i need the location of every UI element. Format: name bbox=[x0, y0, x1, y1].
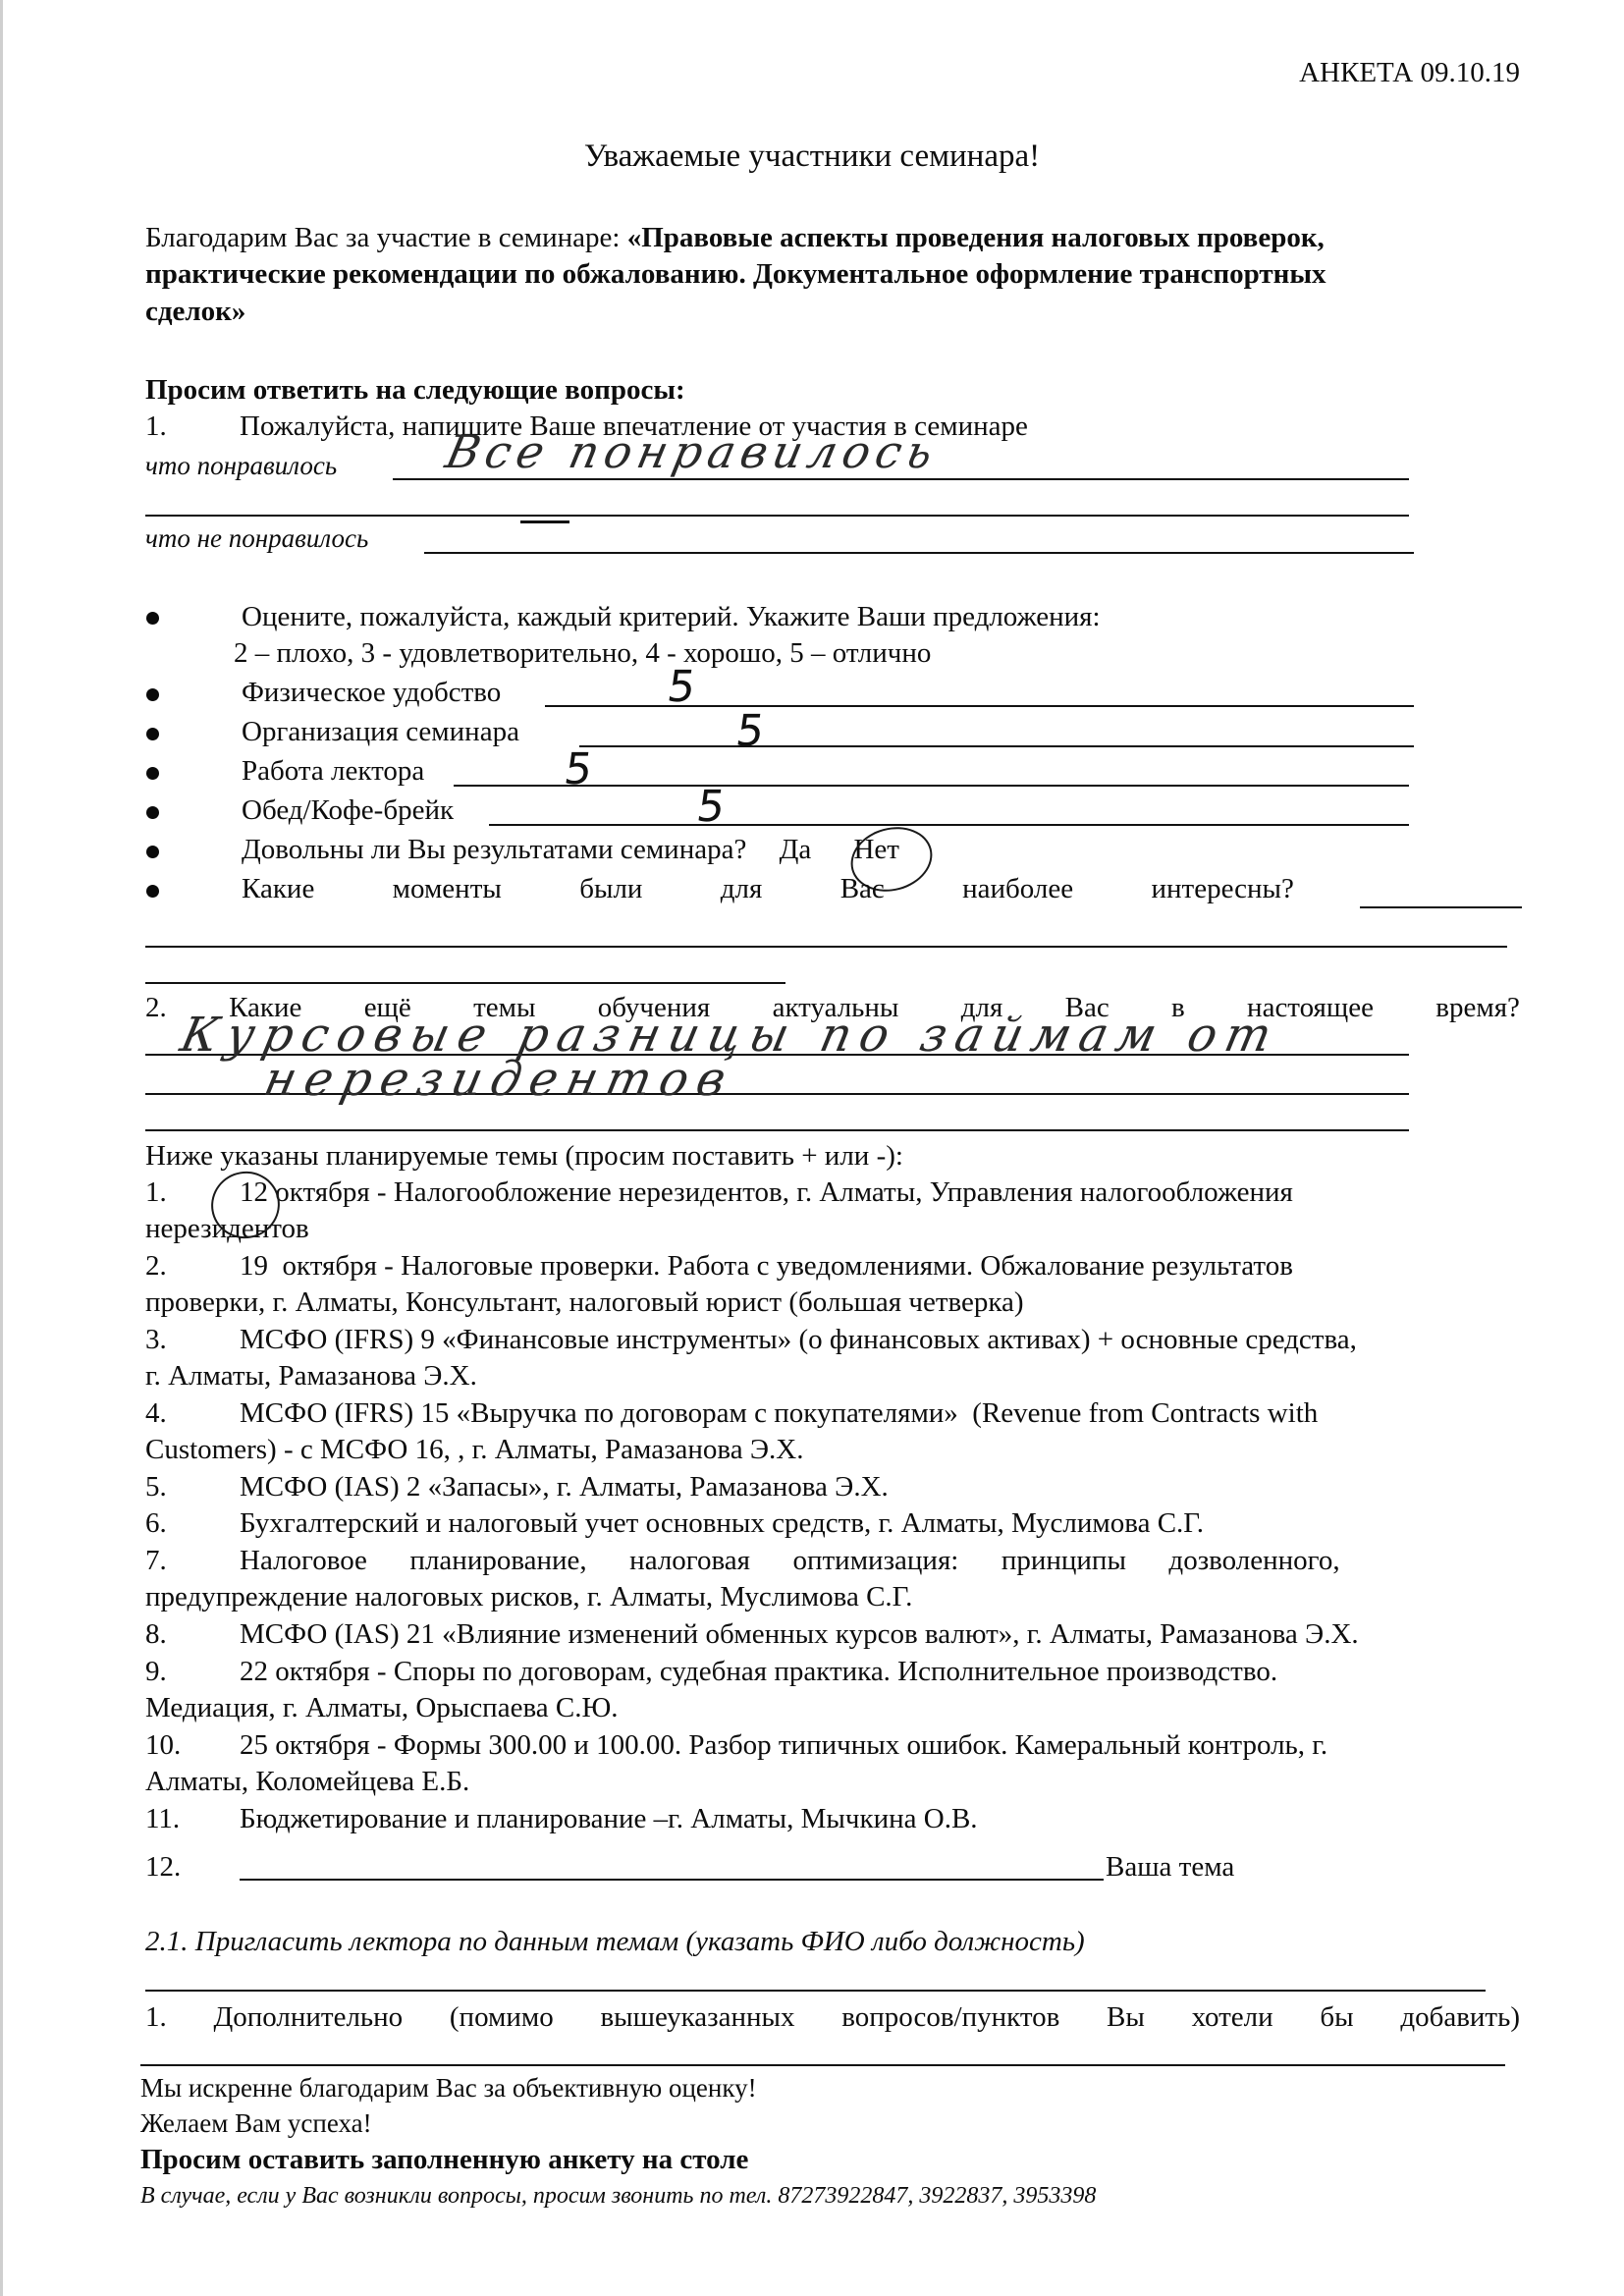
word: Вас bbox=[840, 875, 885, 903]
bullet-icon bbox=[146, 885, 159, 898]
questions-heading: Просим ответить на следующие вопросы: bbox=[145, 376, 685, 405]
word: хотели bbox=[1192, 2003, 1273, 2032]
topic-text-continued: Customers) - с МСФО 16, , г. Алматы, Рам… bbox=[145, 1436, 803, 1464]
page-title: Уважаемые участники семинара! bbox=[0, 140, 1624, 173]
topic-line: 9.22 октября - Споры по договорам, судеб… bbox=[145, 1658, 1520, 1686]
word: вышеуказанных bbox=[600, 2003, 794, 2032]
planned-heading: Ниже указаны планируемые темы (просим по… bbox=[145, 1142, 903, 1171]
bullet-icon bbox=[146, 806, 159, 819]
own-topic-field[interactable] bbox=[240, 1879, 1104, 1881]
q1-number: 1. bbox=[145, 412, 240, 441]
ratings-intro: Оцените, пожалуйста, каждый критерий. Ук… bbox=[242, 603, 1101, 631]
word: для bbox=[721, 875, 763, 903]
topic-text: МСФО (IAS) 21 «Влияние изменений обменны… bbox=[240, 1618, 1359, 1650]
interesting-question: Какие моменты были для Вас наиболее инте… bbox=[242, 875, 1294, 903]
topic-text: МСФО (IFRS) 15 «Выручка по договорам с п… bbox=[240, 1397, 1318, 1429]
topic-text-continued: проверки, г. Алматы, Консультант, налого… bbox=[145, 1288, 1024, 1317]
word: были bbox=[579, 875, 642, 903]
topic-text-continued: предупреждение налоговых рисков, г. Алма… bbox=[145, 1583, 912, 1612]
additional-question: 1. Дополнительно (помимо вышеуказанных в… bbox=[145, 2003, 1520, 2032]
topic-number: 8. bbox=[145, 1620, 240, 1649]
thanks-text: Мы искренне благодарим Вас за объективну… bbox=[140, 2075, 757, 2102]
q2-answer-line-2: нерезидентов bbox=[260, 1056, 738, 1103]
topic-number: 6. bbox=[145, 1509, 240, 1538]
seminar-title-line-3: сделок» bbox=[145, 298, 245, 326]
own-topic-label: Ваша тема bbox=[1106, 1853, 1234, 1882]
topic-text: МСФО (IAS) 2 «Запасы», г. Алматы, Рамаза… bbox=[240, 1471, 889, 1503]
topic-line: 3.МСФО (IFRS) 9 «Финансовые инструменты»… bbox=[145, 1326, 1520, 1354]
topic-line: 7.Налоговое планирование, налоговая опти… bbox=[145, 1547, 1520, 1575]
interesting-field-line-2[interactable] bbox=[145, 946, 1507, 948]
word: наиболее bbox=[962, 875, 1073, 903]
word: Какие bbox=[242, 875, 314, 903]
rating-label-organization: Организация семинара bbox=[242, 718, 519, 746]
topic-text-continued: Алматы, Коломейцева Е.Б. bbox=[145, 1768, 469, 1796]
word: Дополнительно bbox=[213, 2003, 403, 2032]
contact-info: В случае, если у Вас возникли вопросы, п… bbox=[140, 2184, 1096, 2208]
topic-line: 10.25 октября - Формы 300.00 и 100.00. Р… bbox=[145, 1731, 1520, 1760]
q2-number-text: 2. bbox=[145, 992, 167, 1023]
rating-value-lecturer: 5 bbox=[562, 748, 598, 792]
rating-value-organization: 5 bbox=[733, 710, 770, 753]
rating-value-lunch: 5 bbox=[694, 786, 731, 829]
topic-number: 4. bbox=[145, 1399, 240, 1428]
disliked-label: что не понравилось bbox=[145, 525, 368, 552]
interesting-field[interactable] bbox=[1360, 906, 1522, 908]
topic-text: 22 октября - Споры по договорам, судебна… bbox=[240, 1656, 1277, 1687]
bullet-icon bbox=[146, 688, 159, 701]
topic-text-continued: г. Алматы, Рамазанова Э.Х. bbox=[145, 1362, 477, 1391]
topic-number: 11. bbox=[145, 1805, 240, 1833]
topic-line: 6.Бухгалтерский и налоговый учет основны… bbox=[145, 1509, 1520, 1538]
q2-1-field[interactable] bbox=[145, 1990, 1486, 1992]
q2-number: 2. bbox=[145, 994, 167, 1022]
word: добавить) bbox=[1400, 2003, 1520, 2032]
leave-note: Просим оставить заполненную анкету на ст… bbox=[140, 2146, 748, 2174]
word: время? bbox=[1435, 994, 1520, 1022]
liked-label: что понравилось bbox=[145, 453, 337, 479]
topic-text: Бюджетирование и планирование –г. Алматы… bbox=[240, 1803, 978, 1834]
option-yes[interactable]: Да bbox=[780, 834, 812, 865]
topic-line: 4.МСФО (IFRS) 15 «Выручка по договорам с… bbox=[145, 1399, 1520, 1428]
rating-field-lunch[interactable] bbox=[489, 824, 1409, 826]
ratings-scale: 2 – плохо, 3 - удовлетворительно, 4 - хо… bbox=[234, 639, 931, 668]
satisfied-question: Довольны ли Вы результатами семинара? Да… bbox=[242, 836, 899, 864]
bullet-icon bbox=[146, 612, 159, 625]
seminar-title: «Правовые аспекты проведения налоговых п… bbox=[627, 222, 1325, 253]
q2-1-question: 2.1. Пригласить лектора по данным темам … bbox=[145, 1928, 1085, 1956]
word: интересны? bbox=[1151, 875, 1293, 903]
scan-edge bbox=[0, 0, 3, 2296]
word: (помимо bbox=[450, 2003, 554, 2032]
topic-number: 9. bbox=[145, 1658, 240, 1686]
topic-text-continued: Медиация, г. Алматы, Орыспаева С.Ю. bbox=[145, 1694, 619, 1722]
disliked-field[interactable] bbox=[424, 552, 1414, 554]
rating-value-physical: 5 bbox=[665, 666, 701, 709]
topic-line: 11.Бюджетирование и планирование –г. Алм… bbox=[145, 1805, 1520, 1833]
seminar-title-line-2: практические рекомендации по обжалованию… bbox=[145, 260, 1326, 289]
additional-number: 1. bbox=[145, 2003, 167, 2032]
bullet-icon bbox=[146, 767, 159, 780]
word: вопросов/пунктов bbox=[841, 2003, 1059, 2032]
form-id: АНКЕТА 09.10.19 bbox=[1299, 59, 1520, 87]
topic-number: 3. bbox=[145, 1326, 240, 1354]
liked-answer: Все понравилось bbox=[442, 429, 943, 474]
intro-line-1: Благодарим Вас за участие в семинаре: «П… bbox=[145, 224, 1325, 252]
q2-field-line-3[interactable] bbox=[145, 1129, 1409, 1131]
interesting-field-line-3[interactable] bbox=[145, 982, 785, 984]
pen-mark bbox=[520, 520, 569, 523]
topic-line: 1.12 октября - Налогообложение нерезиден… bbox=[145, 1178, 1520, 1207]
topic-text: 12 октября - Налогообложение нерезиденто… bbox=[240, 1176, 1293, 1208]
topic-number: 2. bbox=[145, 1252, 240, 1281]
word: Вы bbox=[1107, 2003, 1145, 2032]
rating-field-lecturer[interactable] bbox=[454, 785, 1409, 787]
intro-prefix: Благодарим Вас за участие в семинаре: bbox=[145, 222, 627, 253]
rating-field-organization[interactable] bbox=[579, 745, 1414, 747]
bullet-icon bbox=[146, 728, 159, 740]
liked-field[interactable] bbox=[393, 478, 1409, 480]
bullet-icon bbox=[146, 846, 159, 858]
topic-number: 5. bbox=[145, 1473, 240, 1502]
additional-field[interactable] bbox=[140, 2064, 1505, 2066]
rating-label-physical: Физическое удобство bbox=[242, 679, 501, 707]
word: моменты bbox=[393, 875, 502, 903]
topic-line: 5.МСФО (IAS) 2 «Запасы», г. Алматы, Рама… bbox=[145, 1473, 1520, 1502]
topic-line: 8.МСФО (IAS) 21 «Влияние изменений обмен… bbox=[145, 1620, 1520, 1649]
topic-text: МСФО (IFRS) 9 «Финансовые инструменты» (… bbox=[240, 1324, 1357, 1355]
satisfied-question-text: Довольны ли Вы результатами семинара? bbox=[242, 834, 746, 865]
own-topic-number: 12. bbox=[145, 1853, 181, 1882]
word: бы bbox=[1320, 2003, 1353, 2032]
topic-text: Бухгалтерский и налоговый учет основных … bbox=[240, 1507, 1204, 1539]
rating-label-lunch: Обед/Кофе-брейк bbox=[242, 796, 454, 825]
topic-text: 19 октября - Налоговые проверки. Работа … bbox=[240, 1250, 1293, 1282]
topic-text: 25 октября - Формы 300.00 и 100.00. Разб… bbox=[240, 1729, 1327, 1761]
topic-text: Налоговое планирование, налоговая оптими… bbox=[240, 1545, 1340, 1576]
liked-field-line-2[interactable] bbox=[145, 515, 1409, 517]
wish-text: Желаем Вам успеха! bbox=[140, 2110, 372, 2137]
rating-label-lecturer: Работа лектора bbox=[242, 757, 424, 786]
topic-line: 2.19 октября - Налоговые проверки. Работ… bbox=[145, 1252, 1520, 1281]
topic-number: 7. bbox=[145, 1547, 240, 1575]
topic-number: 10. bbox=[145, 1731, 240, 1760]
